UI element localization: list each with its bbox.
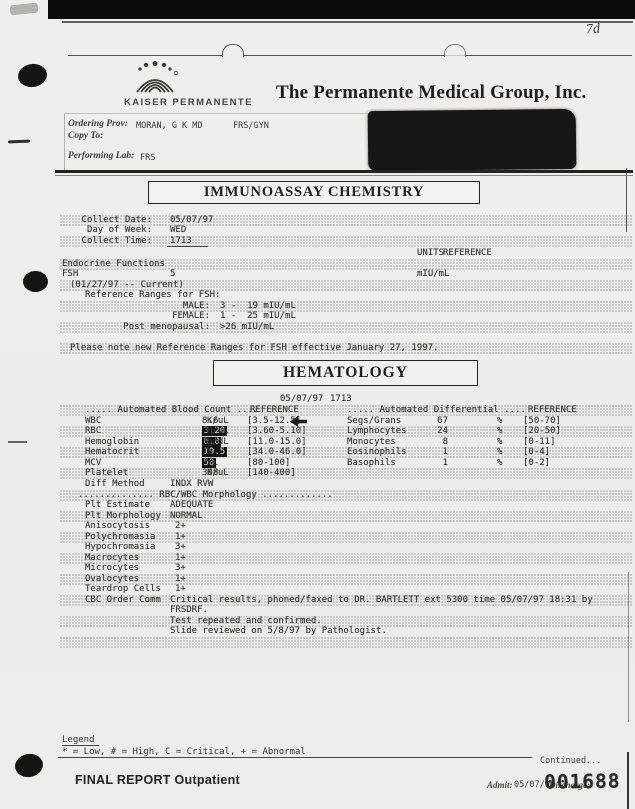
continued-text: Continued...: [540, 756, 601, 766]
range-value: 1 - 25 mIU/mL: [220, 311, 296, 321]
test-reference: [80-100]: [247, 458, 290, 468]
cbc-header: ..... Automated Blood Count ....: [85, 405, 258, 415]
column-headers-row: UNITS REFERENCE: [60, 248, 632, 259]
test-units: %: [497, 437, 502, 447]
range-title: Reference Ranges for FSH:: [85, 290, 220, 300]
test-value: 5: [170, 269, 175, 279]
range-row: FEMALE: 1 - 25 mIU/mL: [60, 311, 632, 322]
page-edge-line: [68, 55, 632, 56]
scanned-lab-report-page: 7d KAISER PERMANENTE The Permanente Medi…: [0, 0, 635, 809]
scan-edge-artifact: [48, 0, 635, 19]
logo-wordmark: KAISER PERMANENTE: [124, 97, 253, 108]
organization-name: The Permanente Medical Group, Inc.: [276, 82, 586, 104]
morphology-name: Microcytes: [85, 563, 139, 573]
test-value: 24: [412, 426, 448, 436]
test-units: %: [497, 416, 502, 426]
morphology-value: 1+: [175, 532, 186, 542]
test-units: g/dL: [207, 437, 229, 447]
morphology-row: Plt Estimate ADEQUATE: [60, 500, 632, 511]
test-value: 1: [412, 458, 448, 468]
day-of-week-row: Day of Week: WED: [60, 225, 632, 236]
range-value: 3 - 19 mIU/mL: [220, 301, 296, 311]
morphology-value: 1+: [175, 553, 186, 563]
ordering-prov-label: Ordering Prov:: [68, 119, 128, 129]
punch-hole-mark: [13, 752, 45, 780]
test-reference: [3.60-5.10]: [247, 426, 307, 436]
collect-time-value: 1713: [167, 236, 208, 247]
performing-lab-value: FRS: [140, 153, 155, 163]
test-units: %: [497, 426, 502, 436]
test-name: MCV: [85, 458, 101, 468]
test-units: %: [207, 447, 212, 457]
page-edge-line: [627, 752, 629, 809]
immunoassay-report: Collect Date: 05/07/97 Day of Week: WED …: [60, 215, 632, 360]
range-value: >26 mIU/mL: [220, 322, 274, 332]
comment-text: Critical results, phoned/faxed to DR. BA…: [170, 595, 593, 605]
test-units: mIU/mL: [417, 269, 450, 279]
test-reference: [0-2]: [523, 458, 550, 468]
morphology-value: NORMAL: [170, 511, 203, 521]
section-title-hematology: HEMATOLOGY: [213, 360, 478, 386]
diff-method-label: Diff Method: [85, 479, 145, 489]
morphology-value: 1+: [175, 584, 186, 594]
test-name: WBC: [85, 416, 101, 426]
horizontal-rule: [55, 175, 633, 176]
test-reference: [0-11]: [523, 437, 556, 447]
test-reference: [20-50]: [523, 426, 561, 436]
table-row: RBC 3.20 * M/uL [3.60-5.10] Lymphocytes …: [60, 426, 632, 437]
morphology-name: Macrocytes: [85, 553, 139, 563]
ordering-prov-value: MORAN, G K MD: [136, 121, 203, 131]
morphology-row: Hypochromasia 3+: [60, 542, 632, 553]
test-reference: [11.0-15.0]: [247, 437, 307, 447]
comment-text: Test repeated and confirmed.: [170, 616, 322, 626]
morphology-value: 1+: [175, 574, 186, 584]
test-value: 8: [412, 437, 448, 447]
table-header-row: ..... Automated Blood Count .... REFEREN…: [60, 405, 632, 416]
table-row: Platelet 308 K/uL [140-400]: [60, 468, 632, 479]
test-name: FSH: [62, 269, 78, 279]
test-reference: [50-70]: [523, 416, 561, 426]
collect-time-row: Collect Time: 1713: [60, 236, 632, 247]
redaction-block: [368, 109, 577, 171]
shaded-band: [60, 637, 632, 648]
test-name: Lymphocytes: [347, 426, 407, 436]
morphology-name: Plt Morphology: [85, 511, 161, 521]
range-row: Post menopausal: >26 mIU/mL: [60, 322, 632, 333]
admit-label: Admit:: [487, 780, 513, 790]
panel-name: Endocrine Functions: [62, 259, 165, 269]
copy-to-label: Copy To:: [68, 131, 103, 141]
test-name: RBC: [85, 426, 101, 436]
morphology-name: Polychromasia: [85, 532, 155, 542]
morphology-row: Anisocytosis 2+: [60, 521, 632, 532]
morphology-value: 2+: [175, 521, 186, 531]
reference-header: REFERENCE: [250, 405, 299, 415]
morphology-name: Teardrop Cells: [85, 584, 161, 594]
test-units: M/uL: [207, 426, 229, 436]
collect-date-value: 05/07/97: [280, 394, 323, 404]
reference-header: REFERENCE: [528, 405, 577, 415]
test-name: Hemoglobin: [85, 437, 139, 447]
scan-smudge: [10, 3, 39, 16]
test-value: 1: [412, 447, 448, 457]
morphology-name: Hypochromasia: [85, 542, 155, 552]
diff-method-row: Diff Method INDX RVW: [60, 479, 632, 490]
collect-date-label: Collect Date:: [68, 215, 152, 225]
reference-note: Please note new Reference Ranges for FSH…: [70, 343, 438, 353]
scan-mark: [8, 140, 30, 143]
day-of-week-value: WED: [170, 225, 186, 235]
department-value: FRS/GYN: [233, 121, 269, 131]
comment-text: Slide reviewed on 5/8/97 by Pathologist.: [170, 626, 387, 636]
test-name: Eosinophils: [347, 447, 407, 457]
test-units: K/uL: [207, 468, 229, 478]
range-title-row: Reference Ranges for FSH:: [60, 290, 632, 301]
test-units: fL: [207, 458, 218, 468]
legend-text: * = Low, # = High, C = Critical, + = Abn…: [62, 747, 306, 757]
reference-header: REFERENCE: [443, 248, 492, 258]
test-name: Basophils: [347, 458, 396, 468]
scan-mark: [8, 441, 27, 443]
range-label: Post menopausal:: [105, 322, 210, 332]
collect-time-label: Collect Time:: [68, 236, 152, 246]
range-label: FEMALE:: [105, 311, 210, 321]
table-row: Hematocrit 19.5 C % [34.0-46.0] Eosinoph…: [60, 447, 632, 458]
diff-header: ..... Automated Differential ....: [347, 405, 526, 415]
test-units: %: [497, 447, 502, 457]
kaiser-permanente-logo-icon: [131, 60, 179, 96]
morphology-value: 3+: [175, 563, 186, 573]
range-period: (01/27/97 -- Current): [70, 280, 184, 290]
punch-hole-mark: [23, 271, 48, 292]
morphology-row: Microcytes 3+: [60, 563, 632, 574]
test-name: Platelet: [85, 468, 128, 478]
horizontal-rule: [62, 21, 633, 23]
report-type-title: FINAL REPORT Outpatient: [75, 773, 240, 787]
diff-method-value: INDX RVW: [170, 479, 213, 489]
test-units: %: [497, 458, 502, 468]
punch-hole-icon: [222, 44, 244, 57]
legend-label: Legend: [62, 735, 99, 746]
collect-date-value: 05/07/97: [170, 215, 213, 225]
performing-lab-label: Performing Lab:: [68, 151, 134, 161]
range-label: MALE:: [105, 301, 210, 311]
test-reference: [34.0-46.0]: [247, 447, 307, 457]
units-header: UNITS: [417, 248, 444, 258]
comment-row: Slide reviewed on 5/8/97 by Pathologist.: [60, 626, 632, 637]
test-reference: [0-4]: [523, 447, 550, 457]
collect-time-value: 1713: [330, 394, 352, 404]
morphology-value: ADEQUATE: [170, 500, 213, 510]
section-title-immunoassay: IMMUNOASSAY CHEMISTRY: [148, 181, 480, 204]
test-name: Segs/Grans: [347, 416, 401, 426]
comment-text: FRSDRF.: [170, 605, 208, 615]
morphology-row: Teardrop Cells 1+: [60, 584, 632, 595]
datetime-row: 05/07/97 1713: [60, 394, 632, 405]
test-value: 67: [412, 416, 448, 426]
test-reference: [140-400]: [247, 468, 296, 478]
test-name: Hematocrit: [85, 447, 139, 457]
page-number-stamp: 001688: [544, 769, 621, 793]
horizontal-rule: [58, 757, 532, 758]
test-units: K/uL: [207, 416, 229, 426]
morphology-header: .............. RBC/WBC Morphology ......…: [78, 490, 333, 500]
test-name: Monocytes: [347, 437, 396, 447]
horizontal-rule: [55, 170, 633, 173]
punch-hole-mark: [17, 62, 49, 89]
day-of-week-label: Day of Week:: [68, 225, 152, 235]
morphology-name: Ovalocytes: [85, 574, 139, 584]
hematology-report: 05/07/97 1713 ..... Automated Blood Coun…: [60, 394, 632, 652]
comment-label: CBC Order Comm: [85, 595, 161, 605]
note-row: Please note new Reference Ranges for FSH…: [60, 343, 632, 354]
fsh-result-row: FSH 5 mIU/mL: [60, 269, 632, 280]
morphology-name: Plt Estimate: [85, 500, 150, 510]
comment-row: FRSDRF.: [60, 605, 632, 616]
punch-hole-icon: [444, 44, 466, 57]
morphology-value: 3+: [175, 542, 186, 552]
morphology-name: Anisocytosis: [85, 521, 150, 531]
handwritten-note: 7d: [585, 22, 600, 39]
